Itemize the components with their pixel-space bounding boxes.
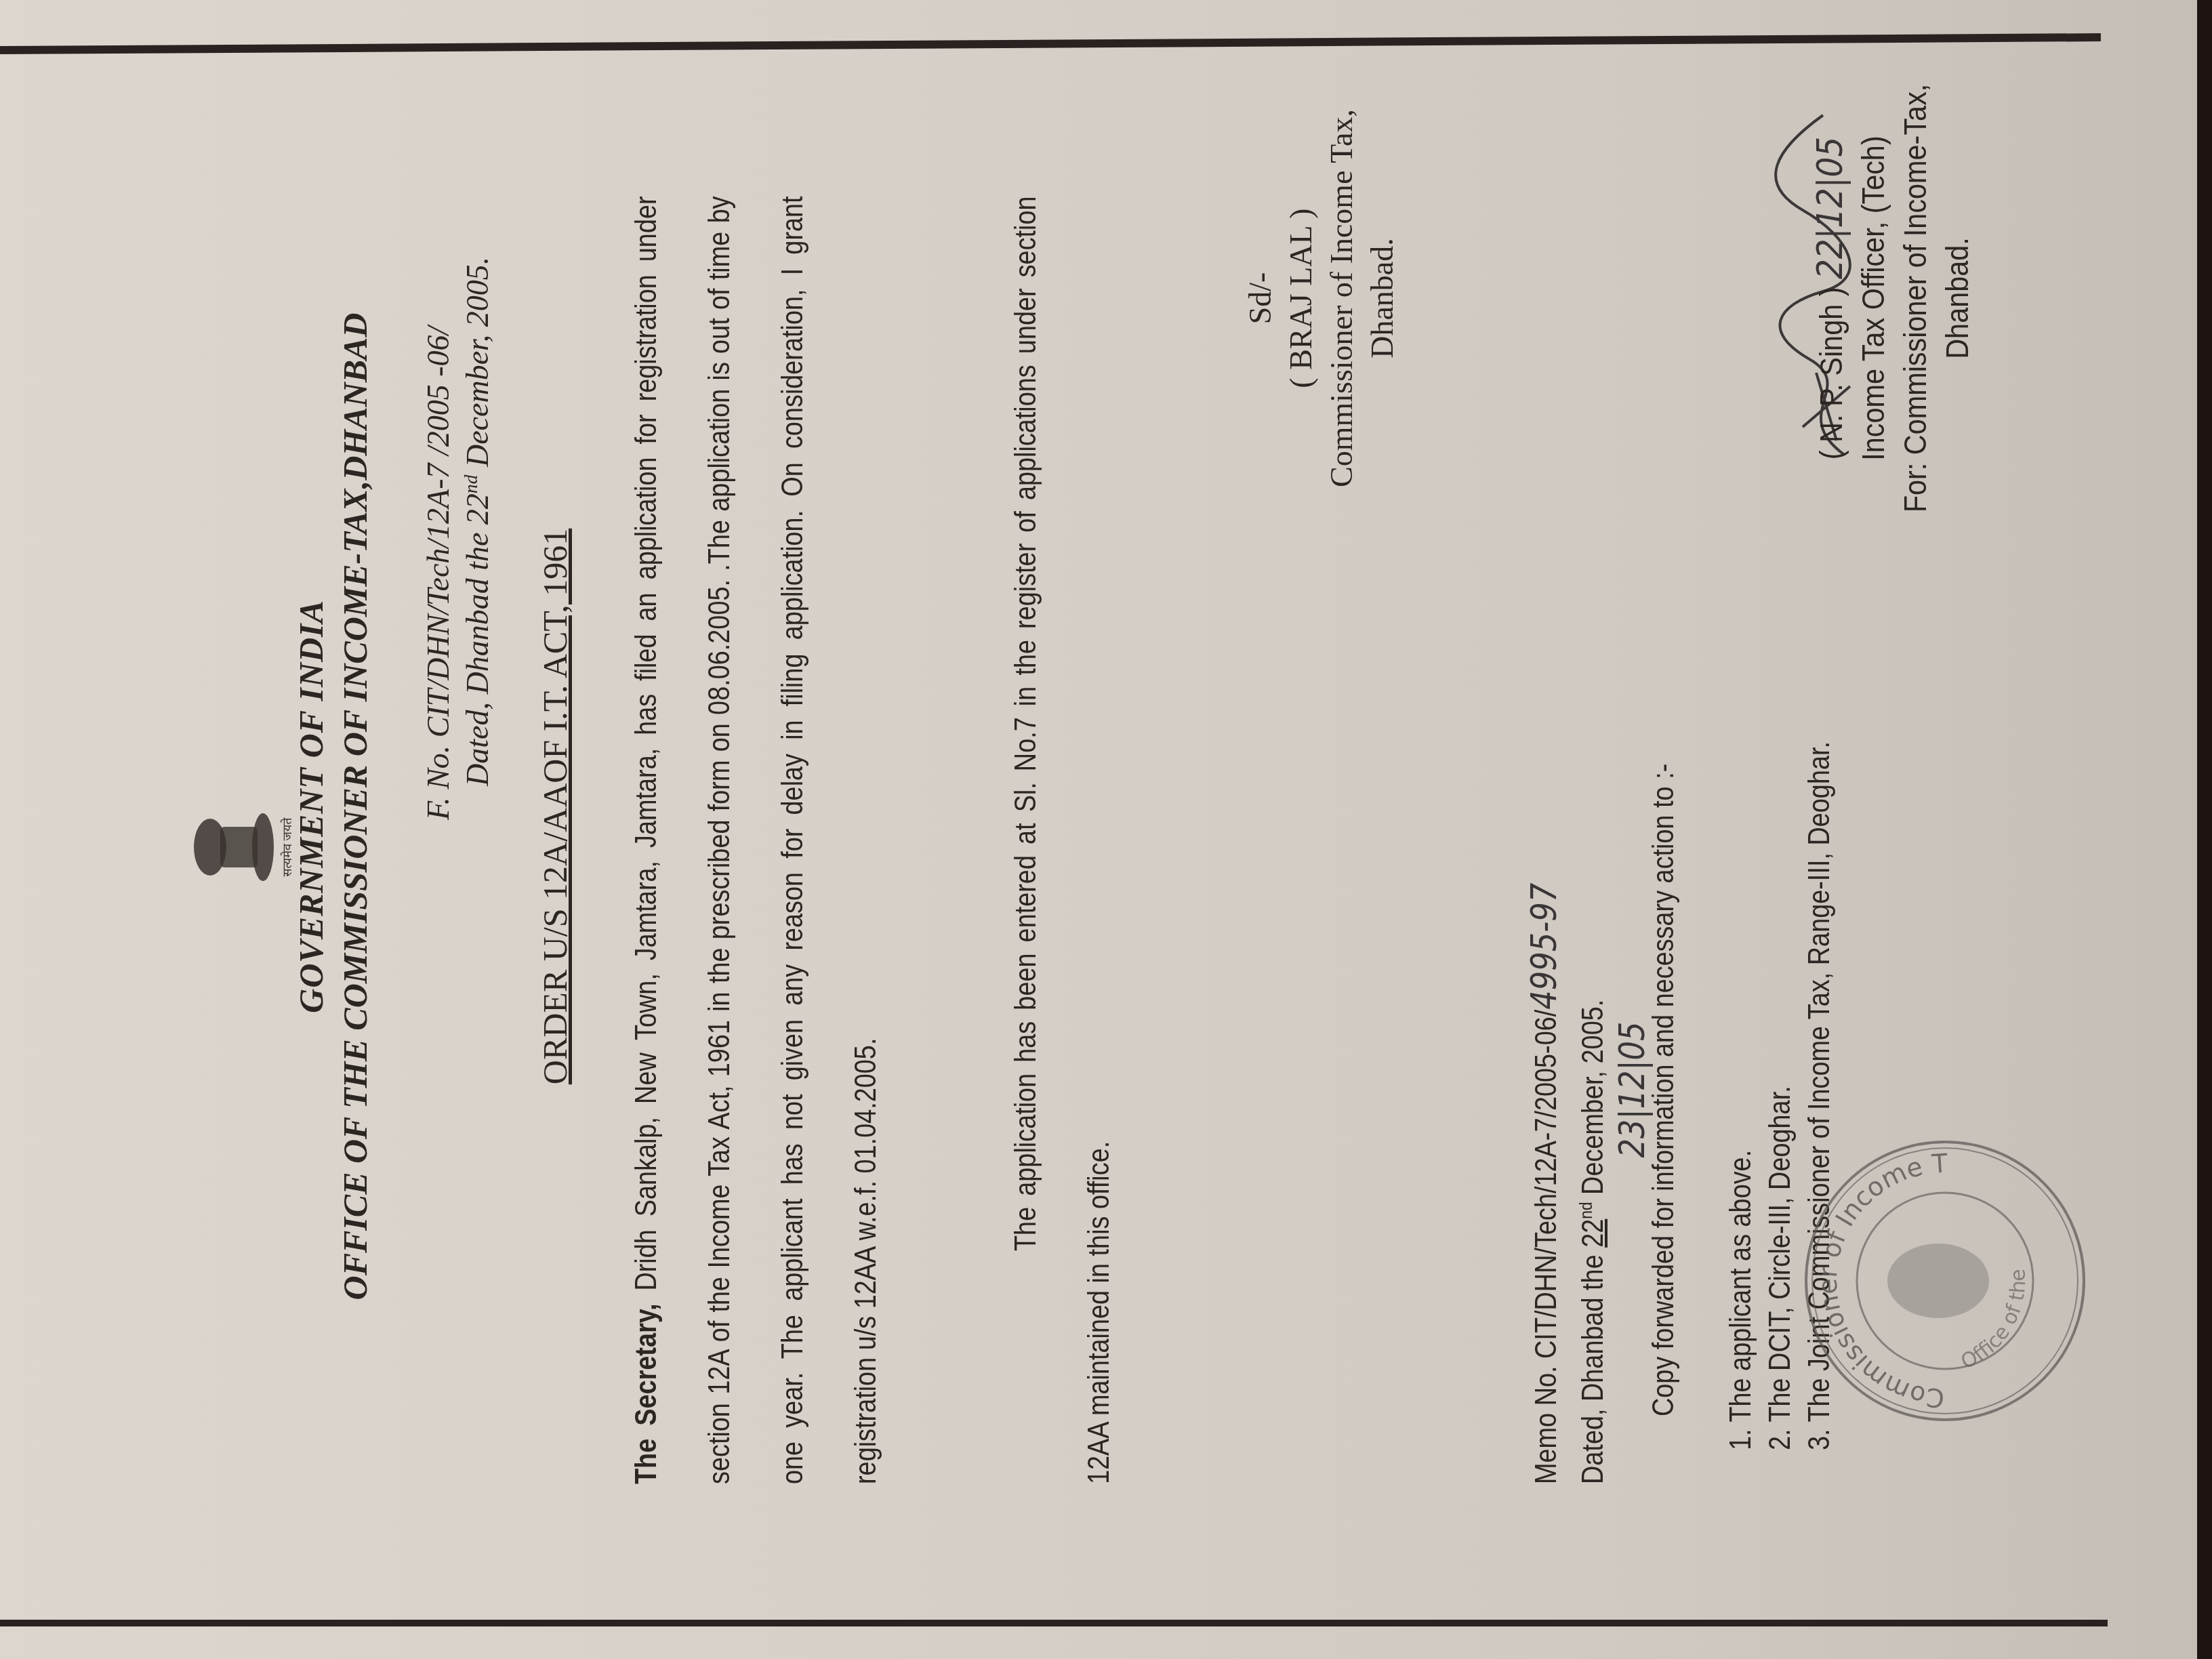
officer-title: Income Tax Officer, (Tech) <box>1852 54 1894 542</box>
memo-date: Dated, Dhanbad the 22nd December, 2005. <box>1566 883 1613 1484</box>
order-paragraph-2: The application has been entered at Sl. … <box>989 196 1136 1484</box>
handwritten-officer-date: 22|12|05 <box>1810 137 1851 279</box>
memo-number: Memo No. CIT/DHN/Tech/12A-7/2005-06/4995… <box>1525 883 1566 1484</box>
commissioner-signature-block: Sd/- ( BRAJ LAL ) Commissioner of Income… <box>1240 95 1403 501</box>
handwritten-memo-date: 23|12|05 <box>1613 883 1652 1158</box>
handwritten-memo-number: 4995-97 <box>1524 883 1565 1010</box>
header-government: GOVERNMENT OF INDIA <box>291 27 331 1586</box>
file-number: F. No. CIT/DHN/Tech/12A-7 /2005 -06/ <box>420 327 456 820</box>
officer-signature-block: ( N. P. Singh ) 22|12|05 Income Tax Offi… <box>1809 54 1978 542</box>
national-emblem-icon: सत्यमेव जयते <box>190 800 305 895</box>
rotated-document: सत्यमेव जयते GOVERNMENT OF INDIA OFFICE … <box>88 27 2121 1586</box>
commissioner-title: Commissioner of Income Tax, <box>1322 95 1362 501</box>
officer-for: For: Commissioner of Income-Tax, Dhanbad… <box>1894 54 1978 542</box>
recipient-item: 2. The DCIT, Circle-III, Deoghar. <box>1761 741 1800 1450</box>
document-page: सत्यमेव जयते GOVERNMENT OF INDIA OFFICE … <box>88 27 2121 1586</box>
paper-edge-shadow <box>2197 0 2212 1659</box>
header-office: OFFICE OF THE COMMISSIONER OF INCOME-TAX… <box>335 27 375 1586</box>
order-date: Dated, Dhanbad the 22nd December, 2005. <box>459 257 495 786</box>
order-paragraph-1: The Secretary, Dridh Sankalp, New Town, … <box>610 196 903 1484</box>
officer-name-line: ( N. P. Singh ) 22|12|05 <box>1809 54 1852 542</box>
copy-forwarded-line: Copy forwarded for information and neces… <box>1647 764 1681 1416</box>
recipient-item: 1. The applicant as above. <box>1721 741 1761 1450</box>
memo-block: Memo No. CIT/DHN/Tech/12A-7/2005-06/4995… <box>1525 883 1652 1484</box>
commissioner-place: Dhanbad. <box>1362 95 1403 501</box>
office-seal-stamp: Commissioner of Income Tax Office of the <box>1796 1132 2094 1430</box>
commissioner-name: ( BRAJ LAL ) <box>1281 95 1322 501</box>
sd-mark: Sd/- <box>1240 95 1281 501</box>
order-title: ORDER U/S 12A/AAOF I.T. ACT, 1961 <box>535 27 575 1586</box>
border-line-bottom <box>0 1620 2108 1626</box>
